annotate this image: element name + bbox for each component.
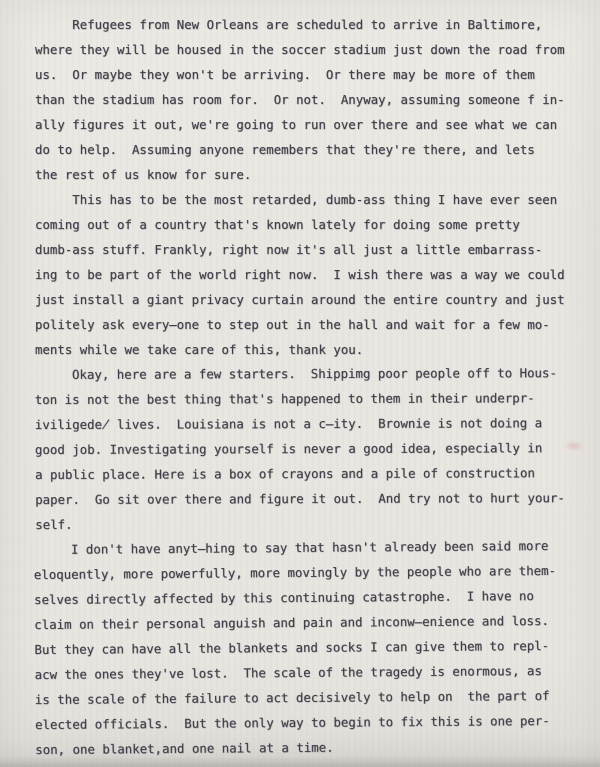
- text-line: the rest of us know for sure.: [35, 162, 600, 187]
- text-line: us. Or maybe they won't be arriving. Or …: [35, 62, 600, 87]
- text-line: coming out of a country that's known lat…: [35, 212, 600, 237]
- typed-text: Refugees from New Orleans are scheduled …: [35, 12, 600, 762]
- text-line: ally figures it out, we're going to run …: [35, 112, 600, 137]
- typewritten-page: Refugees from New Orleans are scheduled …: [0, 0, 600, 767]
- paragraph: This has to be the most retarded, dumb-a…: [35, 187, 600, 362]
- text-line: iviligede̸ lives. Louisiana is not a c̶i…: [35, 410, 600, 437]
- text-line: Refugees from New Orleans are scheduled …: [35, 12, 600, 37]
- text-line: elected officials. But the only way to b…: [35, 708, 600, 737]
- text-line: just install a giant privacy curtain aro…: [35, 287, 600, 312]
- text-line: ments while we take care of this, thank …: [35, 337, 600, 362]
- text-line: paper. Go sit over there and figure it o…: [35, 485, 600, 512]
- text-line: do to help. Assuming anyone remembers th…: [35, 137, 600, 162]
- text-line: politely ask every̶one to step out in th…: [35, 312, 600, 337]
- text-line: ton is not the best thing that's happene…: [35, 385, 600, 412]
- text-line: Okay, here are a few starters. Shippimg …: [35, 360, 600, 387]
- text-line: than the stadium has room for. Or not. A…: [35, 87, 600, 112]
- text-line: ing to be part of the world right now. I…: [35, 262, 600, 287]
- text-line: son, one blanket,and one nail at a time.: [35, 733, 600, 762]
- text-line: where they will be housed in the soccer …: [35, 37, 600, 62]
- text-line: This has to be the most retarded, dumb-a…: [35, 187, 600, 212]
- paragraph: I don't have anyt̶hing to say that hasn'…: [34, 533, 600, 762]
- paragraph: Okay, here are a few starters. Shippimg …: [35, 360, 600, 537]
- text-line: dumb-ass stuff. Frankly, right now it's …: [35, 237, 600, 262]
- text-line: good job. Investigating yourself is neve…: [35, 435, 600, 462]
- paragraph: Refugees from New Orleans are scheduled …: [35, 12, 600, 187]
- text-line: a public place. Here is a box of crayons…: [35, 460, 600, 487]
